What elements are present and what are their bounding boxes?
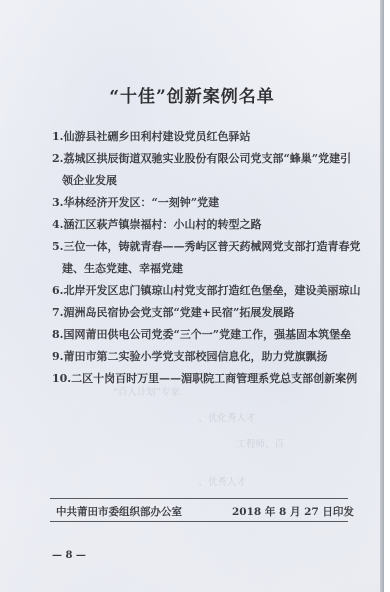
list-item: 3.华林经济开发区：“一刻钟”党建 [52,192,352,214]
page-title: “十佳”创新案例名单 [0,82,384,107]
case-list: 1.仙游县社硎乡田利村建设党员红色驿站 2.荔城区拱辰街道双驰实业股份有限公司党… [52,126,352,390]
list-item: 9.莆田市第二实验小学党支部校园信息化，助力党旗飘扬 [52,346,352,368]
list-item: 1.仙游县社硎乡田利村建设党员红色驿站 [52,126,352,148]
footer-bottom-rule [50,521,348,522]
bleed-through-text: ，优化秀人才 [56,410,346,428]
list-item: 2.荔城区拱辰街道双驰实业股份有限公司党支部“蜂巢”党建引领企业发展 [52,148,352,192]
page-number: — 8 — [52,550,86,561]
bleed-through-text: 工程师、百 [56,436,346,454]
list-item: 4.涵江区萩芦镇崇福村：小山村的转型之路 [52,214,352,236]
list-item: 7.湄洲岛民宿协会党支部“党建+民宿”拓展发展路 [52,302,352,324]
right-margin [384,0,390,592]
footer-top-rule [50,498,348,499]
bleed-through-text: ，优秀人才 [56,474,346,492]
footer-issuer: 中共莆田市委组织部办公室 [56,504,182,519]
list-item: 10.二区十岗百时万里——湄职院工商管理系党总支部创新案例 [52,368,352,390]
document-page: “百人计划”专家 ，优化秀人才 工程师、百 ，优秀人才 “十佳”创新案例名单 1… [0,0,384,592]
list-item: 8.国网莆田供电公司党委“三个一”党建工作，强基固本筑堡垒 [52,324,352,346]
footer-date: 2018 年 8 月 27 日印发 [232,504,354,519]
list-item: 6.北岸开发区忠门镇琼山村党支部打造红色堡垒，建设美丽琼山 [52,280,352,302]
list-item: 5.三位一体，铸就青春——秀屿区普天药械网党支部打造青春党建、生态党建、幸福党建 [52,236,352,280]
